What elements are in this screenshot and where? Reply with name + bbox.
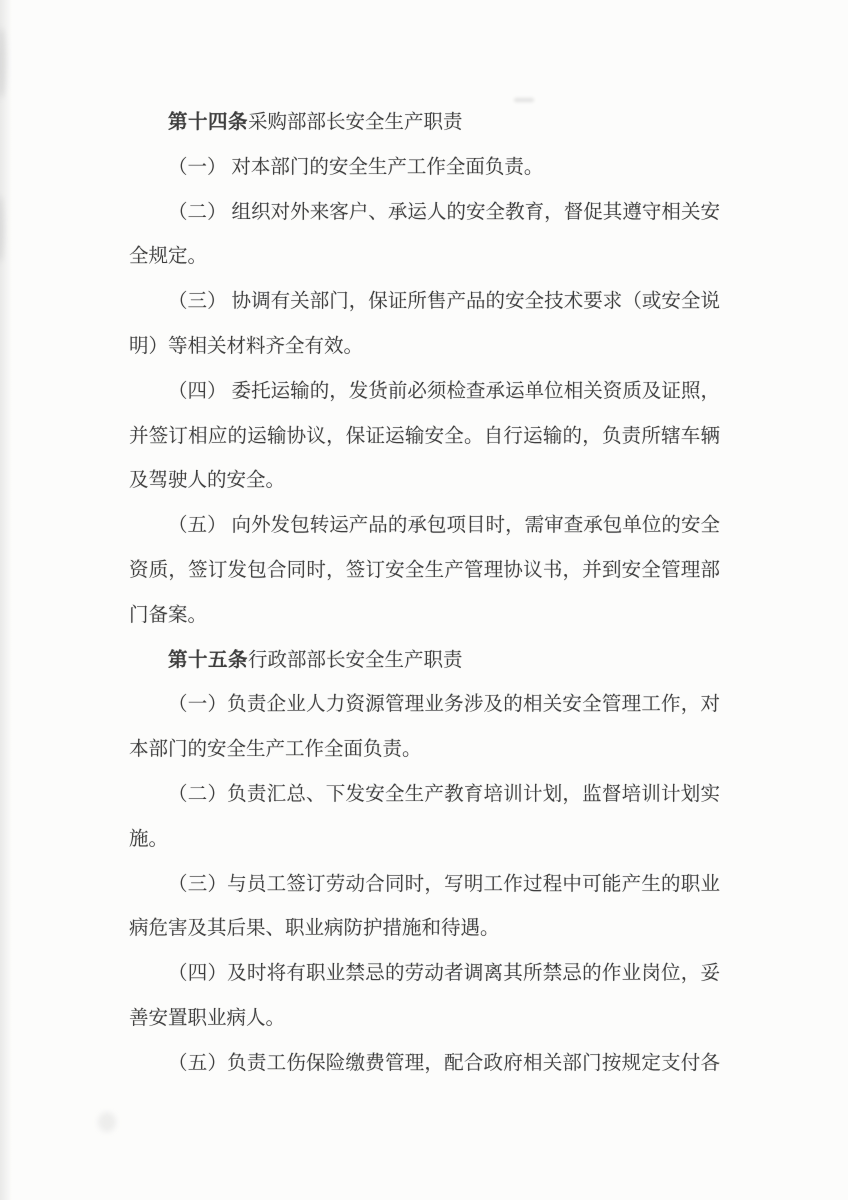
text-line: （三）与员工签订劳动合同时，写明工作过程中可能产生的职业 [129,863,720,908]
text-line: 门备案。 [129,594,720,639]
text-line: 施。 [129,818,720,863]
text-line: 病危害及其后果、职业病防护措施和待遇。 [129,907,720,952]
document-text-block: 第十四条采购部部长安全生产职责（一） 对本部门的安全生产工作全面负责。（二） 组… [129,101,720,1087]
article-heading-line: 第十五条行政部部长安全生产职责 [129,639,720,684]
text-line: 及驾驶人的安全。 [129,459,720,504]
text-line: 资质，签订发包合同时，签订安全生产管理协议书，并到安全管理部 [129,549,720,594]
text-line: 并签订相应的运输协议，保证运输安全。自行运输的，负责所辖车辆 [129,415,720,460]
text-line: 全规定。 [129,235,720,280]
text-line: （二） 组织对外来客户、承运人的安全教育，督促其遵守相关安 [129,191,720,236]
text-line: 善安置职业病人。 [129,997,720,1042]
text-line: （四）及时将有职业禁忌的劳动者调离其所禁忌的作业岗位，妥 [129,952,720,997]
text-line: （五）负责工伤保险缴费管理，配合政府相关部门按规定支付各 [129,1042,720,1087]
article-title: 采购部部长安全生产职责 [248,112,463,133]
text-line: （四） 委托运输的，发货前必须检查承运单位相关资质及证照， [129,370,720,415]
document-page: 第十四条采购部部长安全生产职责（一） 对本部门的安全生产工作全面负责。（二） 组… [0,0,848,1200]
text-line: （一）负责企业人力资源管理业务涉及的相关安全管理工作，对 [129,683,720,728]
text-line: （五） 向外发包转运产品的承包项目时，需审查承包单位的安全 [129,504,720,549]
article-title: 行政部部长安全生产职责 [248,650,463,671]
article-number: 第十五条 [168,650,248,671]
text-line: （三） 协调有关部门，保证所售产品的安全技术要求（或安全说 [129,280,720,325]
article-number: 第十四条 [168,112,248,133]
scan-smudge [98,1112,116,1132]
scan-edge-shadow [0,0,12,1200]
article-heading-line: 第十四条采购部部长安全生产职责 [129,101,720,146]
text-line: 明）等相关材料齐全有效。 [129,325,720,370]
text-line: （二）负责汇总、下发安全生产教育培训计划，监督培训计划实 [129,773,720,818]
text-line: （一） 对本部门的安全生产工作全面负责。 [129,146,720,191]
text-line: 本部门的安全生产工作全面负责。 [129,728,720,773]
